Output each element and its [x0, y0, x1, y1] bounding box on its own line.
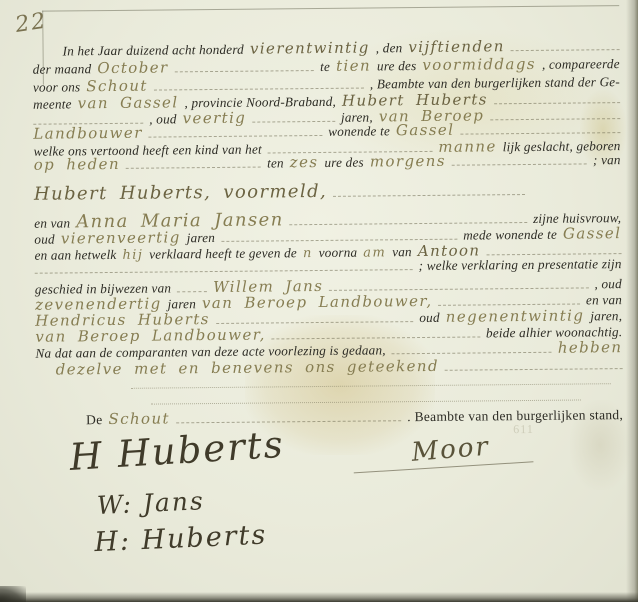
scan-corner-mark — [0, 586, 26, 602]
form-content: 22 In het Jaar duizend acht honderd vier… — [0, 0, 638, 602]
printed-text: te — [320, 59, 330, 75]
entry-closing-phrase: dezelve met en benevens ons geteekend — [56, 357, 439, 379]
blank-dotted-rule — [151, 399, 581, 404]
dotted-fill — [460, 129, 620, 135]
entry-father-name: Hubert Huberts, voormeld, — [34, 181, 327, 205]
dotted-fill — [176, 417, 401, 423]
printed-text: ; van — [593, 152, 621, 168]
entry-day: vijftienden — [408, 37, 505, 56]
printed-text: , compareerde — [542, 56, 620, 73]
dotted-fill — [221, 236, 457, 242]
scan-edge-right — [626, 0, 638, 602]
signature-witness1: W: Jans — [96, 486, 205, 520]
entry-hour: tien — [336, 56, 371, 74]
dotted-fill — [149, 132, 323, 138]
dotted-fill — [126, 164, 261, 169]
printed-text: ten — [267, 155, 284, 171]
signature-declarant: H Huberts — [68, 423, 285, 479]
scan-edge-bottom — [0, 592, 638, 602]
blank-dotted-rule — [131, 383, 611, 389]
bleedthrough-mark: 611 — [513, 422, 534, 437]
dotted-fill — [216, 318, 414, 324]
act-number: 22 — [14, 9, 49, 38]
dotted-fill — [333, 191, 525, 197]
dotted-fill — [438, 300, 580, 305]
entry-year: vierentwintig — [250, 39, 370, 58]
signature-official: Moor — [410, 432, 490, 468]
entry-residence: Gassel — [396, 121, 455, 140]
entry-birth-date: op heden — [34, 155, 120, 174]
dotted-fill — [494, 99, 620, 104]
dotted-fill — [290, 219, 527, 225]
entry-official-title: Schout — [86, 77, 148, 96]
spacer — [531, 191, 621, 195]
dotted-fill — [272, 333, 480, 339]
printed-text: ; welke verklaring en presentatie zijn — [419, 256, 622, 274]
printed-text: , den — [376, 40, 403, 56]
dotted-fill — [35, 266, 413, 274]
form-top-rule — [42, 5, 619, 12]
paper-background: 22 In het Jaar duizend acht honderd vier… — [0, 0, 638, 602]
dotted-fill — [154, 85, 364, 91]
dotted-fill — [175, 67, 315, 72]
form-line-signature-heading: De Schout . Beambte van den burgerlijken… — [86, 405, 623, 428]
scanned-birth-record: 22 In het Jaar duizend acht honderd vier… — [0, 0, 638, 602]
entry-daypart: voormiddags — [422, 55, 536, 74]
printed-text: der maand — [33, 61, 92, 78]
printed-text: De — [86, 412, 102, 428]
printed-text: ure des — [377, 58, 417, 74]
printed-text: ure des — [324, 155, 364, 171]
dotted-fill — [486, 250, 621, 255]
form-line-9: Hubert Huberts, voormeld, — [34, 178, 621, 205]
printed-text: In het Jaar duizend acht honderd — [63, 42, 245, 60]
dotted-fill — [511, 46, 620, 51]
dotted-fill — [177, 288, 207, 292]
entry-birth-daypart: morgens — [370, 152, 446, 171]
signature-witness2: H: Huberts — [94, 520, 268, 559]
entry-closing-word: hebben — [558, 338, 623, 357]
printed-text: voor ons — [33, 79, 81, 95]
dotted-fill — [445, 365, 623, 371]
dotted-fill — [392, 349, 552, 355]
entry-birth-hour: zes — [290, 153, 319, 171]
entry-official-title-2: Schout — [108, 409, 170, 428]
entry-month: October — [97, 58, 168, 77]
dotted-fill — [452, 160, 587, 165]
